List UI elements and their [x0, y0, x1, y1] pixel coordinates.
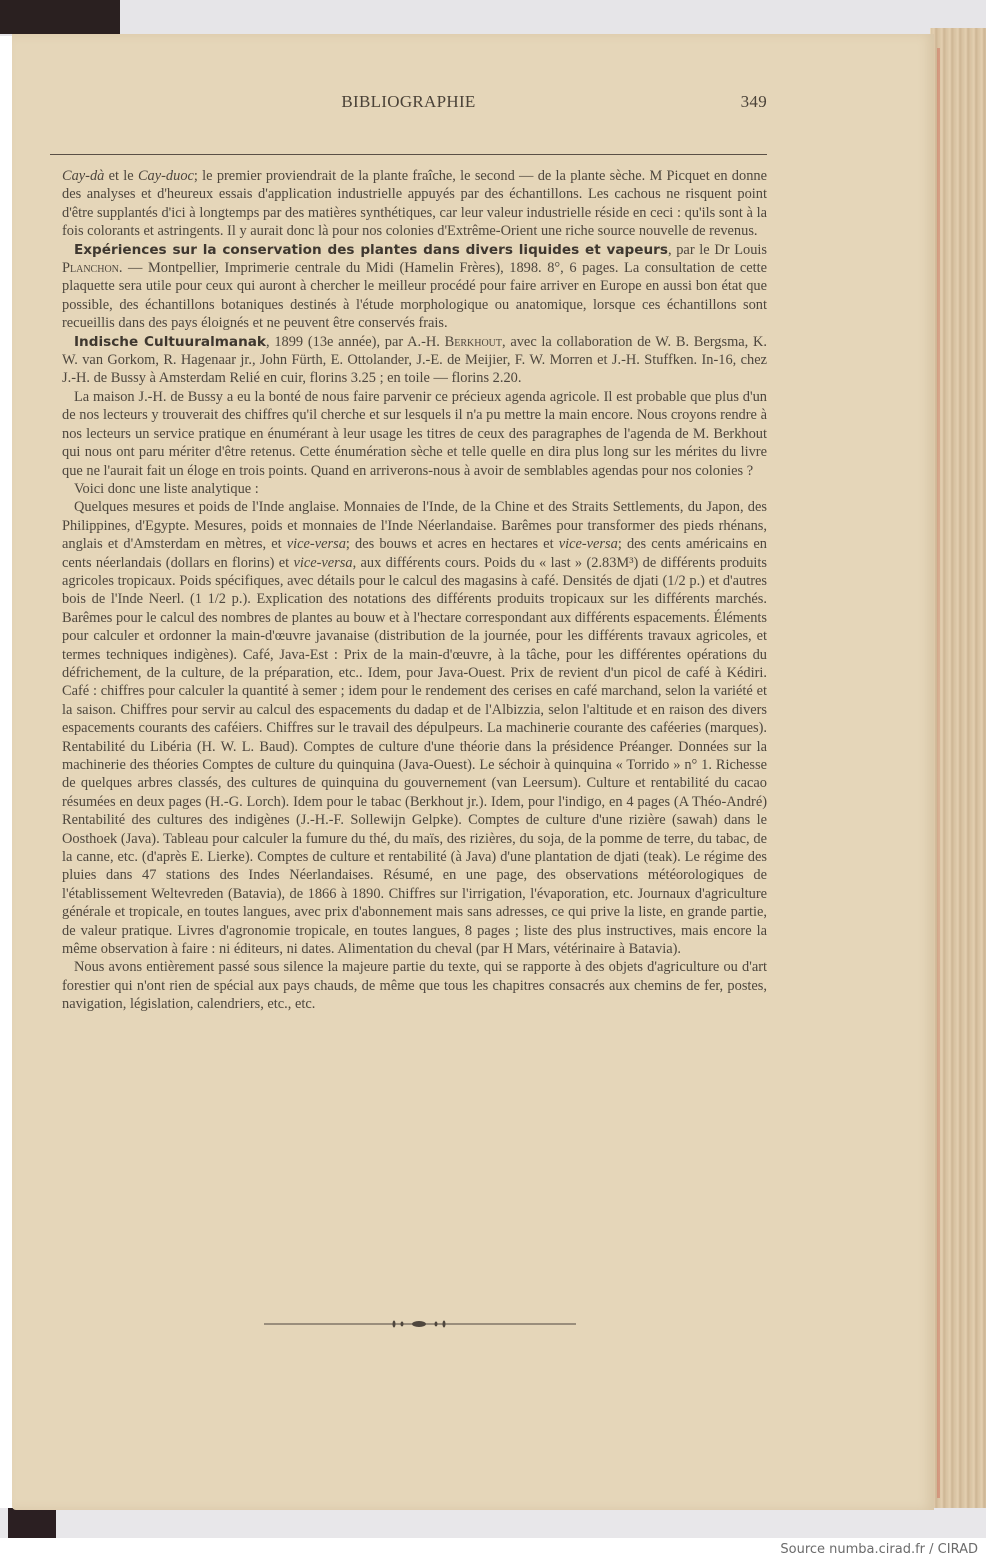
- text-run: , par le Dr Louis: [668, 242, 767, 258]
- paragraph-liste-intro: Voici donc une liste analytique :: [62, 480, 767, 498]
- scan-dark-corner-top: [0, 0, 120, 34]
- header-rule: [50, 154, 767, 155]
- scan-background-top: [0, 0, 986, 36]
- source-credit: Source numba.cirad.fr / CIRAD: [780, 1542, 978, 1557]
- bibliography-entry-planchon: Expériences sur la conservation des plan…: [62, 241, 767, 333]
- running-title: BIBLIOGRAPHIE: [50, 92, 767, 112]
- italic-term: Cay-dà: [62, 168, 104, 184]
- bibliography-entry-cultuuralmanak: Indische Cultuuralmanak, 1899 (13e année…: [62, 333, 767, 388]
- entry-title: Indische Cultuuralmanak: [74, 334, 266, 350]
- text-run: . — Montpellier, Imprimerie centrale du …: [62, 260, 767, 331]
- italic-term: vice-versa: [287, 536, 346, 552]
- paragraph-conclusion: Nous avons entièrement passé sous silenc…: [62, 958, 767, 1013]
- red-edge-stain: [937, 48, 940, 1498]
- paragraph-bussy: La maison J.-H. de Bussy a eu la bonté d…: [62, 388, 767, 480]
- text-run: et le: [104, 168, 138, 184]
- italic-term: Cay-duoc: [138, 168, 194, 184]
- ornament-divider-icon: [264, 1318, 576, 1330]
- italic-term: vice-versa: [559, 536, 618, 552]
- page-number: 349: [741, 92, 767, 112]
- author-name: Berkhout: [445, 334, 502, 350]
- page-body: Cay-dà et le Cay-duoc; le premier provie…: [62, 167, 767, 1014]
- italic-term: vice-versa: [293, 555, 352, 571]
- scan-dark-corner-bottom: [8, 1508, 56, 1538]
- entry-title: Expériences sur la conservation des plan…: [74, 242, 668, 258]
- text-run: , 1899 (13e année), par A.-H.: [266, 334, 445, 350]
- text-run: , aux différents cours. Poids du « last …: [62, 555, 767, 958]
- running-header: BIBLIOGRAPHIE 349: [50, 92, 767, 118]
- book-page-edges: [930, 28, 986, 1508]
- scan-background-bottom: [0, 1508, 986, 1538]
- author-name: Planchon: [62, 260, 119, 276]
- paragraph-liste-analytique: Quelques mesures et poids de l'Inde angl…: [62, 498, 767, 958]
- paragraph-cachous: Cay-dà et le Cay-duoc; le premier provie…: [62, 167, 767, 241]
- text-run: ; des bouws et acres en hectares et: [346, 536, 559, 552]
